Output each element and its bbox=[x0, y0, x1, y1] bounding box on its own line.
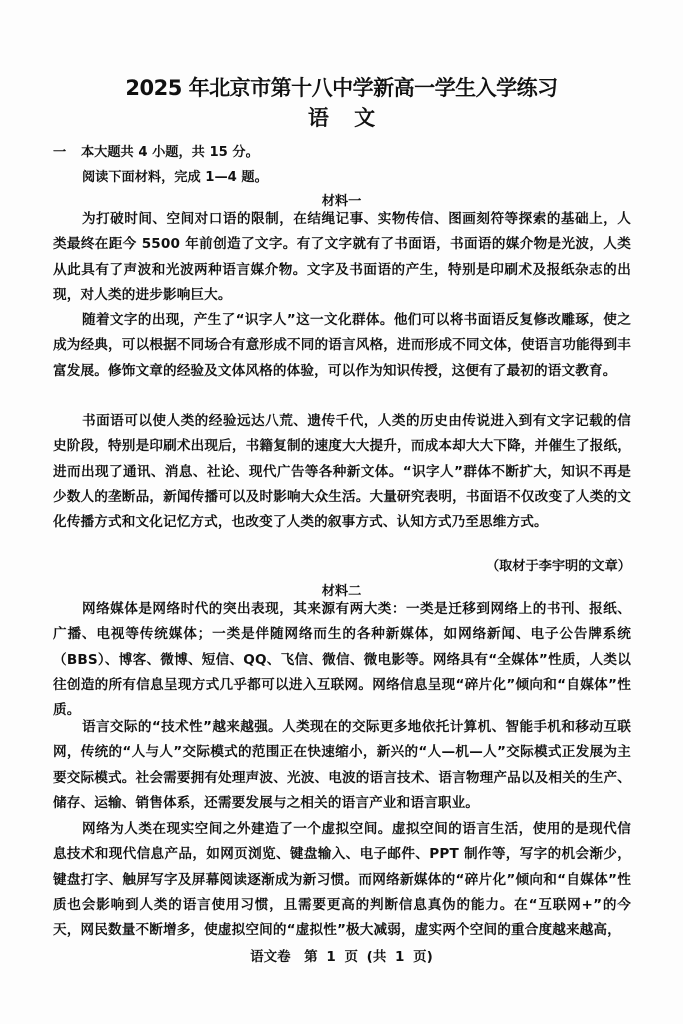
section-description: 本大题共 4 小题，共 15 分。 bbox=[81, 145, 259, 160]
material-1-source: （取材于李宇明的文章） bbox=[486, 555, 631, 574]
material-1-paragraph-1: 为打破时间、空间对口语的限制，在结绳记事、实物传信、图画刻符等探索的基础上，人类… bbox=[53, 207, 631, 308]
section-header: 一本大题共 4 小题，共 15 分。 bbox=[53, 141, 643, 160]
material-1-paragraph-3: 书面语可以使人类的经验远达八荒、遗传千代，人类的历史由传说进入到有文字记载的信史… bbox=[53, 409, 631, 535]
material-2-paragraph-2: 语言交际的“技术性”越来越强。人类现在的交际更多地依托计算机、智能手机和移动互联… bbox=[53, 715, 631, 816]
reading-instruction: 阅读下面材料，完成 1—4 题。 bbox=[82, 166, 268, 185]
exam-title: 2025 年北京市第十八中学新高一学生入学练习 bbox=[0, 72, 683, 102]
page-footer: 语文卷 第 1 页 (共 1 页) bbox=[0, 945, 683, 965]
material-2-paragraph-1: 网络媒体是网络时代的突出表现，其来源有两大类：一类是迁移到网络上的书刊、报纸、广… bbox=[53, 597, 631, 723]
section-number: 一 bbox=[53, 141, 81, 160]
material-2-paragraph-3: 网络为人类在现实空间之外建造了一个虚拟空间。虚拟空间的语言生活，使用的是现代信息… bbox=[53, 817, 631, 943]
exam-subject: 语 文 bbox=[0, 102, 683, 132]
material-1-paragraph-2: 随着文字的出现，产生了“识字人”这一文化群体。他们可以将书面语反复修改雕琢，使之… bbox=[53, 308, 631, 384]
